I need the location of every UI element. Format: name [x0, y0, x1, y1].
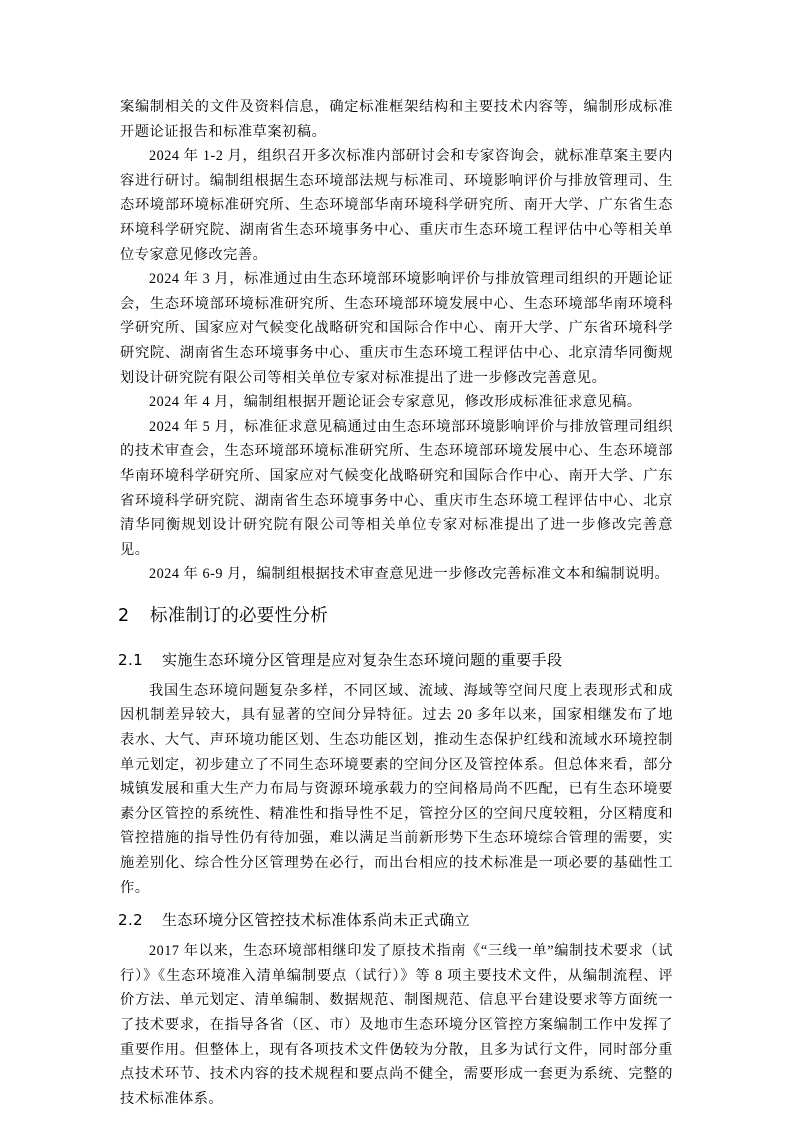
section-number: 2 — [118, 601, 150, 631]
subsection-number: 2.1 — [118, 647, 162, 673]
paragraph-2024-march: 2024 年 3 月，标准通过由生态环境部环境影响评价与排放管理司组织的开题论证… — [120, 267, 673, 390]
subsection-heading-2-1: 2.1 实施生态环境分区管理是应对复杂生态环境问题的重要手段 — [118, 647, 673, 673]
paragraph-2024-jun-sep: 2024 年 6-9 月，编制组根据技术审查意见进一步修改完善标准文本和编制说明… — [120, 562, 673, 587]
page-number: 2 — [0, 1043, 793, 1058]
section-title: 标准制订的必要性分析 — [150, 601, 328, 631]
paragraph-2024-jan-feb: 2024 年 1-2 月，组织召开多次标准内部研讨会和专家咨询会，就标准草案主要… — [120, 144, 673, 267]
page-content: 案编制相关的文件及资料信息，确定标准框架结构和主要技术内容等，编制形成标准开题论… — [120, 95, 673, 1111]
subsection-heading-2-2: 2.2 生态环境分区管控技术标准体系尚未正式确立 — [118, 907, 673, 933]
paragraph-2-2: 2017 年以来，生态环境部相继印发了原技术指南《“三线一单”编制技术要求（试行… — [120, 939, 673, 1111]
subsection-title: 生态环境分区管控技术标准体系尚未正式确立 — [162, 907, 470, 933]
paragraph-continued: 案编制相关的文件及资料信息，确定标准框架结构和主要技术内容等，编制形成标准开题论… — [120, 95, 673, 144]
paragraph-2024-april: 2024 年 4 月，编制组根据开题论证会专家意见，修改形成标准征求意见稿。 — [120, 390, 673, 415]
section-heading-2: 2 标准制订的必要性分析 — [118, 601, 673, 631]
subsection-number: 2.2 — [118, 907, 162, 933]
paragraph-2-1: 我国生态环境问题复杂多样，不同区域、流域、海域等空间尺度上表现形式和成因机制差异… — [120, 679, 673, 900]
document-page: 案编制相关的文件及资料信息，确定标准框架结构和主要技术内容等，编制形成标准开题论… — [0, 0, 793, 1122]
subsection-title: 实施生态环境分区管理是应对复杂生态环境问题的重要手段 — [162, 647, 562, 673]
paragraph-2024-may: 2024 年 5 月，标准征求意见稿通过由生态环境部环境影响评价与排放管理司组织… — [120, 415, 673, 563]
